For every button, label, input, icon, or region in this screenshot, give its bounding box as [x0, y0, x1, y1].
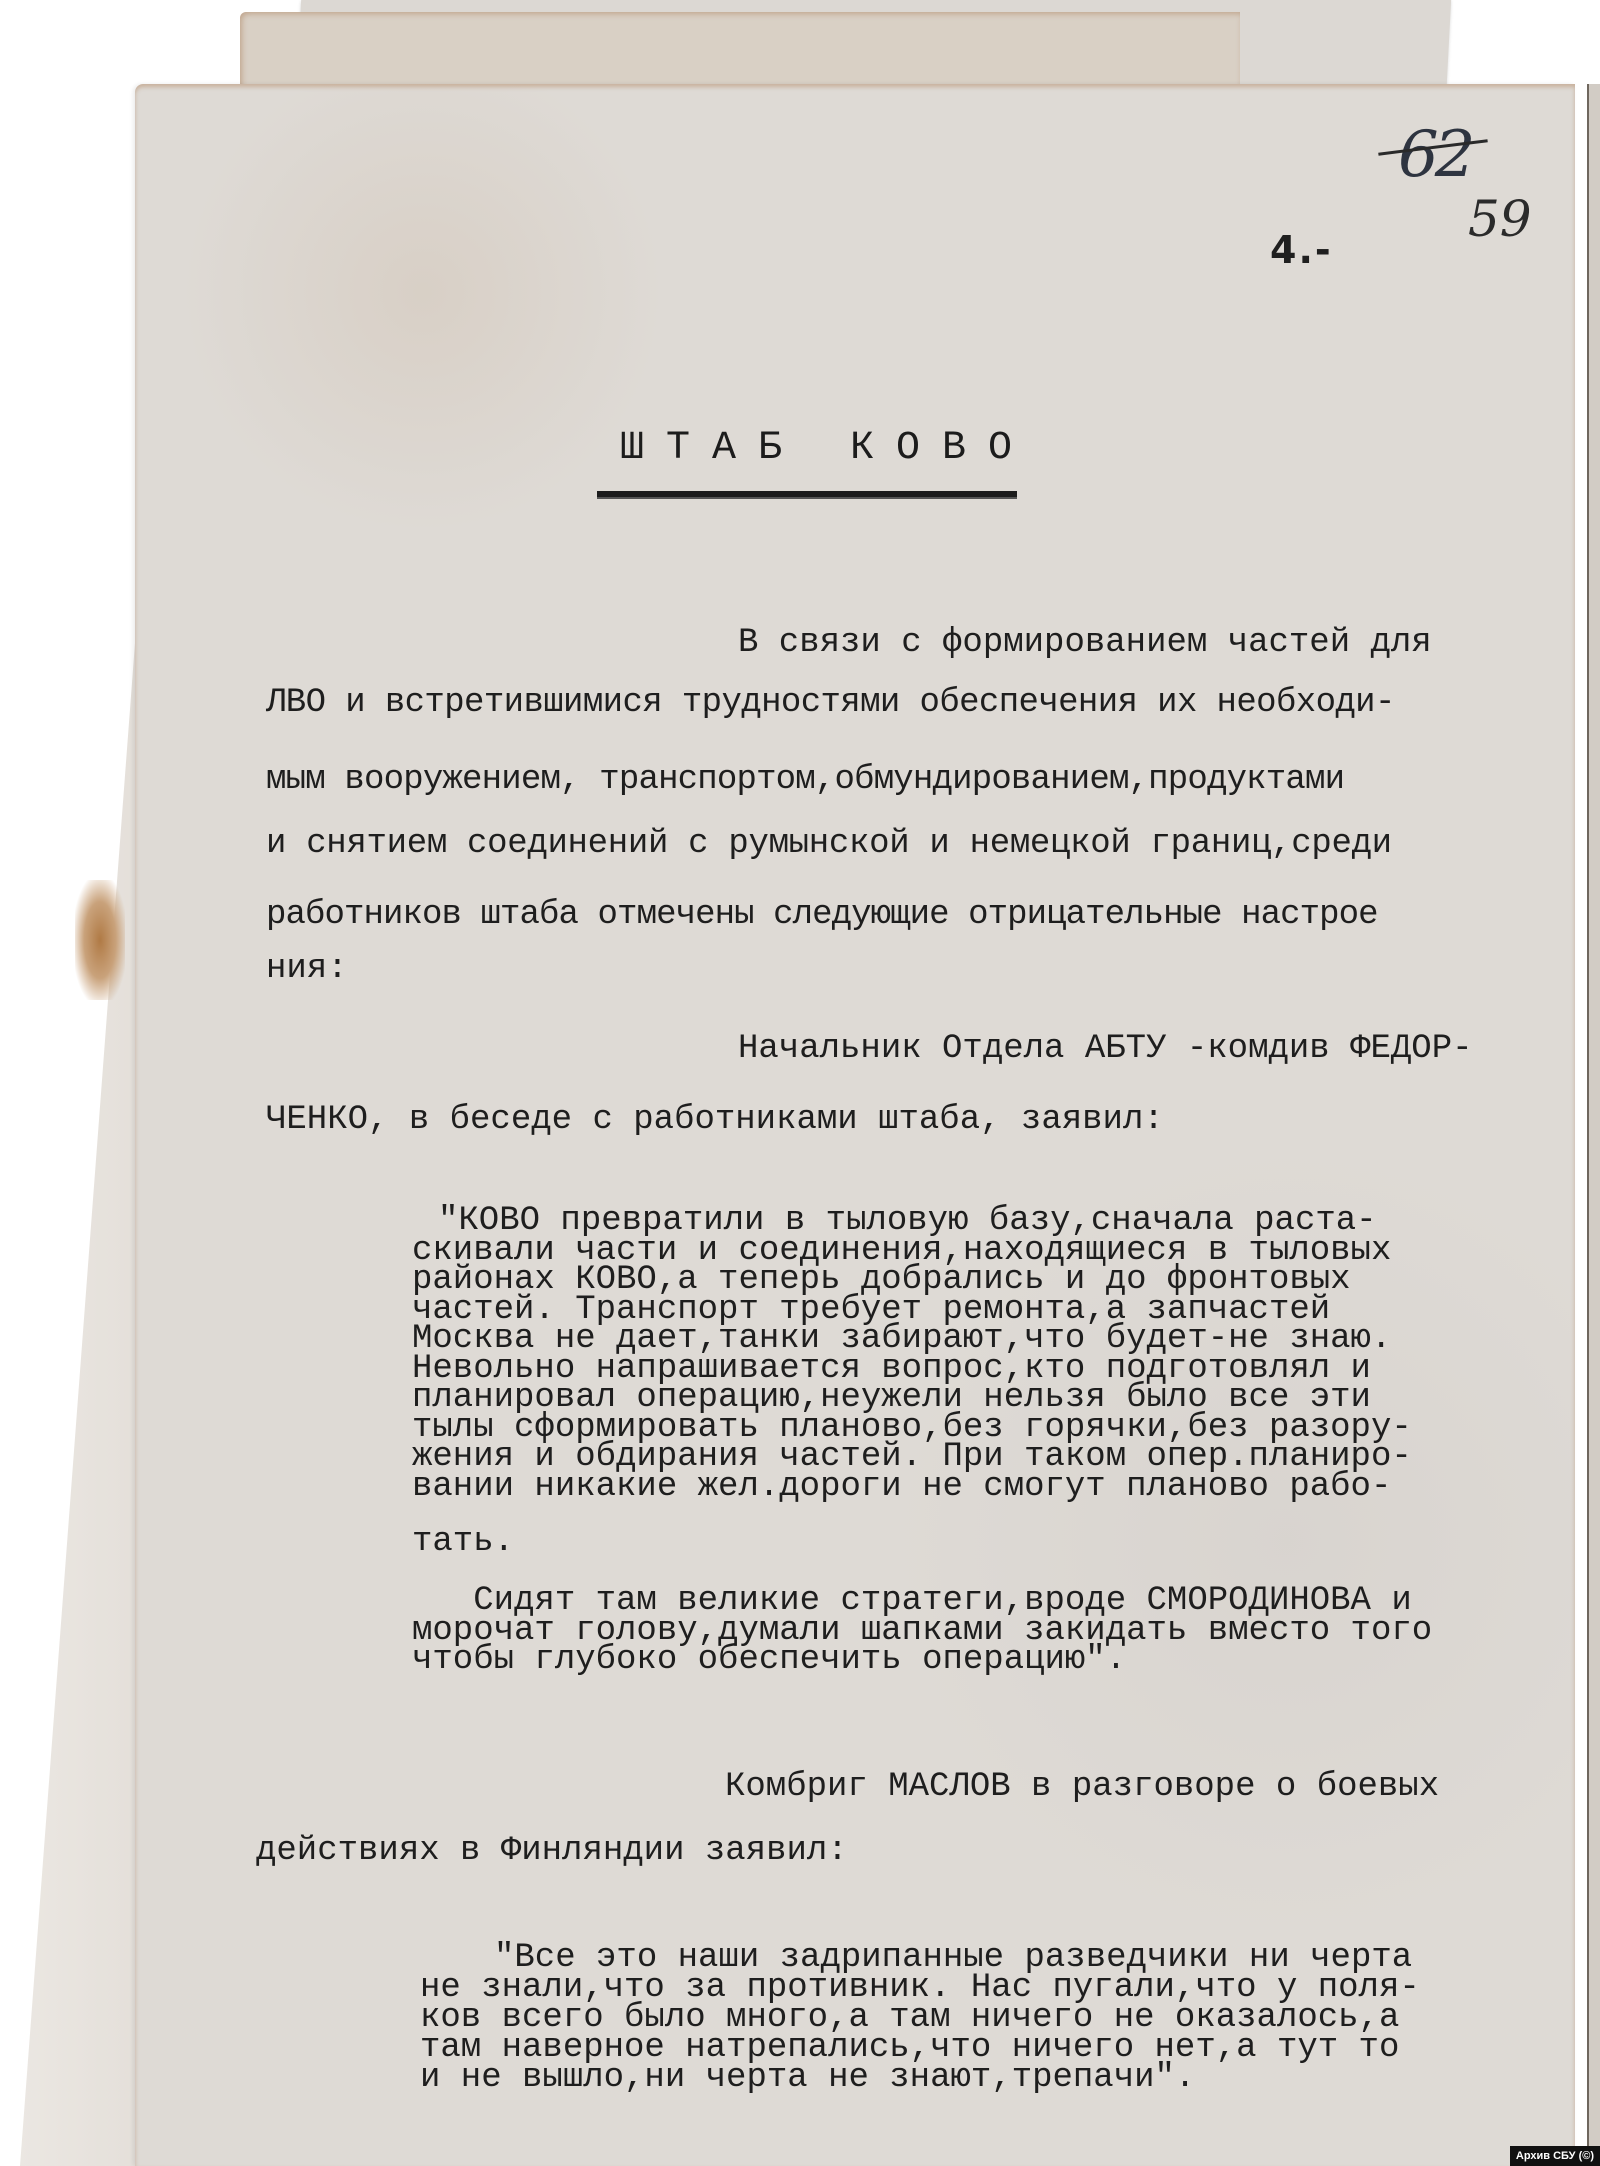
- paragraph-3-line: Комбриг МАСЛОВ в разговоре о боевых: [725, 1770, 1439, 1804]
- quote-line: и не вышло,ни черта не знают,трепачи".: [420, 2064, 1195, 2093]
- paragraph-1-line: мым вооружением, транспортом,обмундирова…: [266, 763, 1344, 797]
- page-edge-strip: [1589, 84, 1600, 2166]
- quote-line: вании никакие жел.дороги не смогут плано…: [412, 1473, 1391, 1502]
- document-title: ШТАБ КОВО: [620, 426, 1034, 471]
- quote-line: чтобы глубоко обеспечить операцию".: [412, 1646, 1126, 1675]
- paragraph-1-line: работников штаба отмечены следующие отри…: [266, 898, 1378, 932]
- paragraph-1-line: ЛВО и встретившимися трудностями обеспеч…: [266, 686, 1395, 720]
- paragraph-3-line: действиях в Финляндии заявил:: [256, 1834, 848, 1868]
- paragraph-1-line: и снятием соединений с румынской и немец…: [266, 827, 1392, 861]
- handwritten-page-number: 59: [1468, 190, 1532, 248]
- paragraph-1-line: В связи с формированием частей для: [738, 626, 1432, 660]
- title-underline: [597, 491, 1017, 499]
- paragraph-2-line: Начальник Отдела АБТУ -комдив ФЕДОР-: [738, 1032, 1473, 1066]
- handwritten-old-page-number: 62: [1398, 118, 1471, 192]
- paragraph-2-line: ЧЕНКО, в беседе с работниками штаба, зая…: [266, 1103, 1164, 1137]
- typed-page-number: 4.-: [1270, 228, 1333, 272]
- document-scan: 62 59 4.- ШТАБ КОВО В связи с формирован…: [0, 0, 1600, 2166]
- paragraph-1-line: ния:: [266, 952, 348, 986]
- burn-mark: [75, 880, 125, 1000]
- archive-watermark: Архив СБУ (©): [1510, 2146, 1600, 2166]
- quote-line: тать.: [412, 1528, 514, 1557]
